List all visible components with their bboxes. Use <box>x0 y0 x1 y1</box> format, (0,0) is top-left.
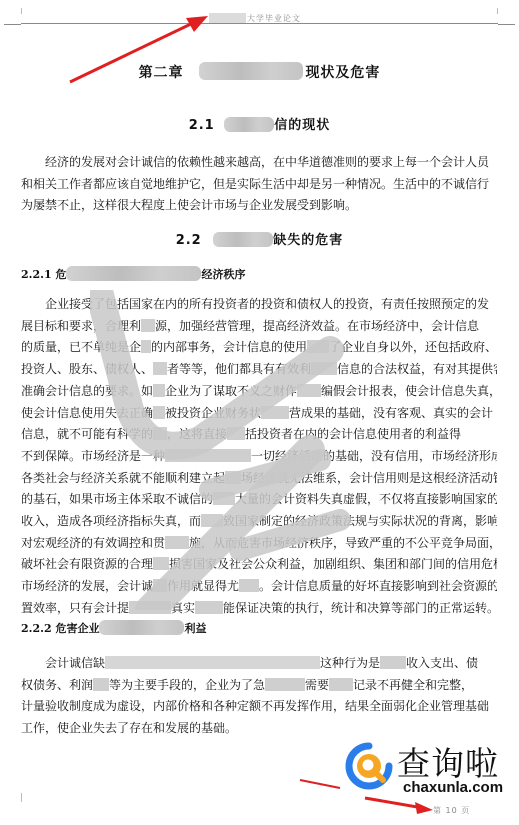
search-magnifier-icon <box>345 742 393 790</box>
section-heading-2-2: 2.2 缺失的危害 <box>0 229 519 248</box>
redacted-region <box>224 117 274 132</box>
section-suffix: 信的现状 <box>274 118 330 133</box>
header-rule-stub <box>498 24 515 25</box>
text-line: 工作，使企业失去了存在和发展的基础。 <box>21 718 497 740</box>
text-line: 的基石，如果市场主体采取不诚信的大量的会计资料失真虚假，不仅将直接影响国家的财税 <box>21 489 497 511</box>
section-suffix: 缺失的危害 <box>273 233 343 248</box>
subsection-suffix: 经济秩序 <box>201 268 245 281</box>
paragraph-2-1: 经济的发展对会计诚信的依赖性越来越高，在中华道德准则的要求上每一个会计人员 和相… <box>21 152 497 217</box>
margin-corner-mark <box>21 8 22 14</box>
section-heading-2-1: 2.1 信的现状 <box>0 114 519 133</box>
header-rule-stub <box>4 24 21 25</box>
margin-corner-mark <box>21 793 22 802</box>
subsection-suffix: 利益 <box>184 622 206 635</box>
subsection-heading-2-2-2: 2.2.2 危害企业利益 <box>21 620 206 636</box>
text-line: 的质量，已不单纯是企的内部事务，会计信息的使用了企业自身以外，还包括政府、 <box>21 337 497 359</box>
text-line: 展目标和要求，合理利源，加强经营管理，提高经济效益。在市场经济中，会计信息 <box>21 316 497 338</box>
redacted-region <box>99 620 184 635</box>
chapter-suffix: 现状及危害 <box>305 65 380 81</box>
header-title: 大学毕业论文 <box>247 14 301 23</box>
text-line: 和相关工作者都应该自觉地维护它，但是实际生活中却是另一种情况。生活中的不诚信行 <box>21 174 497 196</box>
redacted-region <box>199 62 303 80</box>
redacted-region <box>213 232 273 247</box>
text-line: 经济的发展对会计诚信的依赖性越来越高，在中华道德准则的要求上每一个会计人员 <box>21 152 497 174</box>
text-line: 企业接受了包括国家在内的所有投资者的投资和债权人的投资，有责任按照预定的发 <box>21 294 497 316</box>
text-line: 权债务、利润等为主要手段的，企业为了急需要记录不再健全和完整， <box>21 675 497 697</box>
text-line: 准确会计信息的要求。如企业为了谋取不义之财作编假会计报表，使会计信息失真，就会 <box>21 381 497 403</box>
page-number: 第 10 页 <box>433 805 470 816</box>
text-line: 会计诚信缺这种行为是收入支出、债 <box>21 653 497 675</box>
subsection-number: 2.2.2 <box>21 622 52 635</box>
subsection-prefix: 危 <box>55 268 66 281</box>
subsection-number: 2.2.1 <box>21 268 52 281</box>
page-header: 大学毕业论文 <box>209 13 301 24</box>
text-line: 为屡禁不止，这样很大程度上使会计市场与企业发展受到影响。 <box>21 195 497 217</box>
redacted-region <box>209 13 246 23</box>
paragraph-2-2-2: 会计诚信缺这种行为是收入支出、债 权债务、利润等为主要手段的，企业为了急需要记录… <box>21 653 497 740</box>
text-line: 置效率，只有会计提真实能保证决策的执行，统计和决算等部门的正常运转。 <box>21 598 497 620</box>
text-line: 不到保障。市场经济是一种一切经济活动的基础，没有信用，市场经济形成的 <box>21 446 497 468</box>
text-line: 信息，就不可能有科学的，这将直接括投资者在内的会计信息使用者的利益得 <box>21 424 497 446</box>
section-number: 2.2 <box>176 233 202 248</box>
text-line: 投资人、股东、债权人、者等等，他们都具有有效利信息的合法权益，有对其提供客观、 <box>21 359 497 381</box>
text-line: 各类社会与经济关系就不能顺利建立起场经济就无法维系，会计信用则是这根经济活动链条 <box>21 468 497 490</box>
text-line: 使会计信息使用失去正确被投资企业财务状营成果的基础，没有客观、真实的会计 <box>21 403 497 425</box>
subsection-heading-2-2-1: 2.2.1 危经济秩序 <box>21 266 245 282</box>
document-page: 大学毕业论文 第二章 现状及危害 2.1 信的现状 经济的发展对会计诚信的依赖性… <box>0 0 519 825</box>
text-line: 收入，造成各项经济指标失真，而致国家制定的经济政策法规与实际状况的背离，影响国家 <box>21 511 497 533</box>
text-line: 破坏社会有限资源的合理损害国家及社会公众利益，加剧组织、集团和部门间的信用危机。 <box>21 554 497 576</box>
subsection-prefix: 危害企业 <box>55 622 99 635</box>
section-number: 2.1 <box>189 118 215 133</box>
chaxunla-logo: 查询啦 chaxunla.com <box>345 740 510 802</box>
chapter-title: 第二章 现状及危害 <box>0 62 519 82</box>
text-line: 市场经济的发展，会计诚作用就显得尤。会计信息质量的好坏直接影响到社会资源的配 <box>21 576 497 598</box>
logo-text-en: chaxunla.com <box>403 779 503 796</box>
logo-text-cn: 查询啦 <box>397 738 499 785</box>
text-line: 对宏观经济的有效调控和贯施，从而危害市场经济秩序，导致严重的不公平竞争局面， <box>21 533 497 555</box>
paragraph-2-2-1: 企业接受了包括国家在内的所有投资者的投资和债权人的投资，有责任按照预定的发 展目… <box>21 294 497 620</box>
chapter-prefix: 第二章 <box>139 65 184 81</box>
margin-corner-mark <box>497 8 498 14</box>
text-line: 计量验收制度成为虚设，内部价格和各种定额不再发挥作用，结果全面弱化企业管理基础 <box>21 696 497 718</box>
redacted-region <box>66 266 201 281</box>
